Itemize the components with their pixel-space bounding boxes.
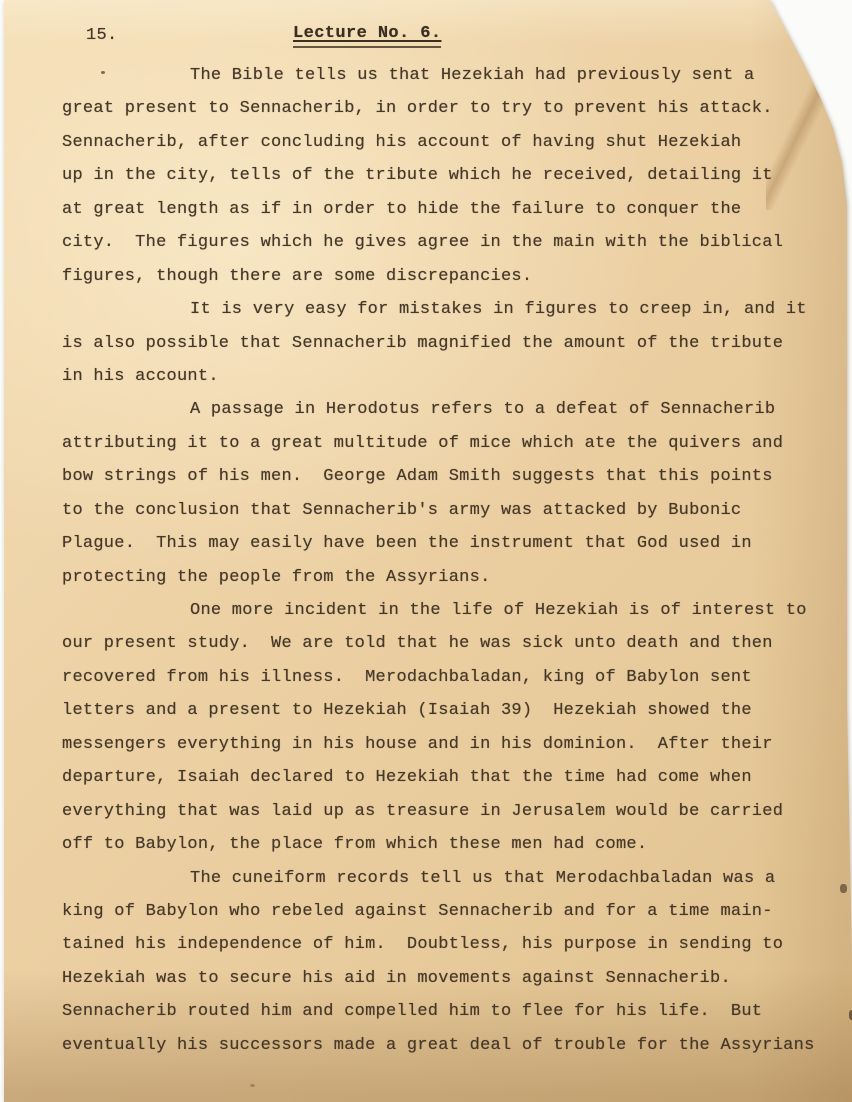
text-line: letters and a present to Hezekiah (Isaia… xyxy=(62,694,834,727)
text-line: our present study. We are told that he w… xyxy=(62,627,834,660)
document-page: 15. Lecture No. 6. The Bible tells us th… xyxy=(4,0,852,1102)
text-line: recovered from his illness. Merodachbala… xyxy=(62,661,834,694)
page-number: 15. xyxy=(86,26,118,45)
text-line: The Bible tells us that Hezekiah had pre… xyxy=(62,59,834,92)
text-line: eventually his successors made a great d… xyxy=(62,1029,834,1062)
text-line: great present to Sennacherib, in order t… xyxy=(62,92,834,125)
paper-speck xyxy=(101,71,105,74)
text-line: king of Babylon who rebeled against Senn… xyxy=(62,895,834,928)
text-line: in his account. xyxy=(62,360,834,393)
text-line: protecting the people from the Assyrians… xyxy=(62,561,834,594)
text-line: city. The figures which he gives agree i… xyxy=(62,226,834,259)
text-line: figures, though there are some discrepan… xyxy=(62,260,834,293)
paper-shadow-wrap: 15. Lecture No. 6. The Bible tells us th… xyxy=(0,0,852,1102)
text-line: tained his independence of him. Doubtles… xyxy=(62,928,834,961)
text-line: up in the city, tells of the tribute whi… xyxy=(62,159,834,192)
text-line: departure, Isaiah declared to Hezekiah t… xyxy=(62,761,834,794)
scan-background: 15. Lecture No. 6. The Bible tells us th… xyxy=(0,0,852,1102)
text-line: is also possible that Sennacherib magnif… xyxy=(62,327,834,360)
text-line: everything that was laid up as treasure … xyxy=(62,795,834,828)
text-line: The cuneiform records tell us that Merod… xyxy=(62,862,834,895)
text-line: Sennacherib, after concluding his accoun… xyxy=(62,126,834,159)
paper-speck xyxy=(250,1084,255,1087)
text-line: It is very easy for mistakes in figures … xyxy=(62,293,834,326)
text-line: messengers everything in his house and i… xyxy=(62,728,834,761)
text-line: at great length as if in order to hide t… xyxy=(62,193,834,226)
text-line: Hezekiah was to secure his aid in moveme… xyxy=(62,962,834,995)
text-line: One more incident in the life of Hezekia… xyxy=(62,594,834,627)
text-line: bow strings of his men. George Adam Smit… xyxy=(62,460,834,493)
paper-speck xyxy=(840,884,847,893)
page-title: Lecture No. 6. xyxy=(293,24,441,48)
document-body: The Bible tells us that Hezekiah had pre… xyxy=(62,59,834,1062)
text-line: off to Babylon, the place from which the… xyxy=(62,828,834,861)
text-line: Sennacherib routed him and compelled him… xyxy=(62,995,834,1028)
text-line: attributing it to a great multitude of m… xyxy=(62,427,834,460)
text-line: Plague. This may easily have been the in… xyxy=(62,527,834,560)
text-line: to the conclusion that Sennacherib's arm… xyxy=(62,494,834,527)
text-line: A passage in Herodotus refers to a defea… xyxy=(62,393,834,426)
